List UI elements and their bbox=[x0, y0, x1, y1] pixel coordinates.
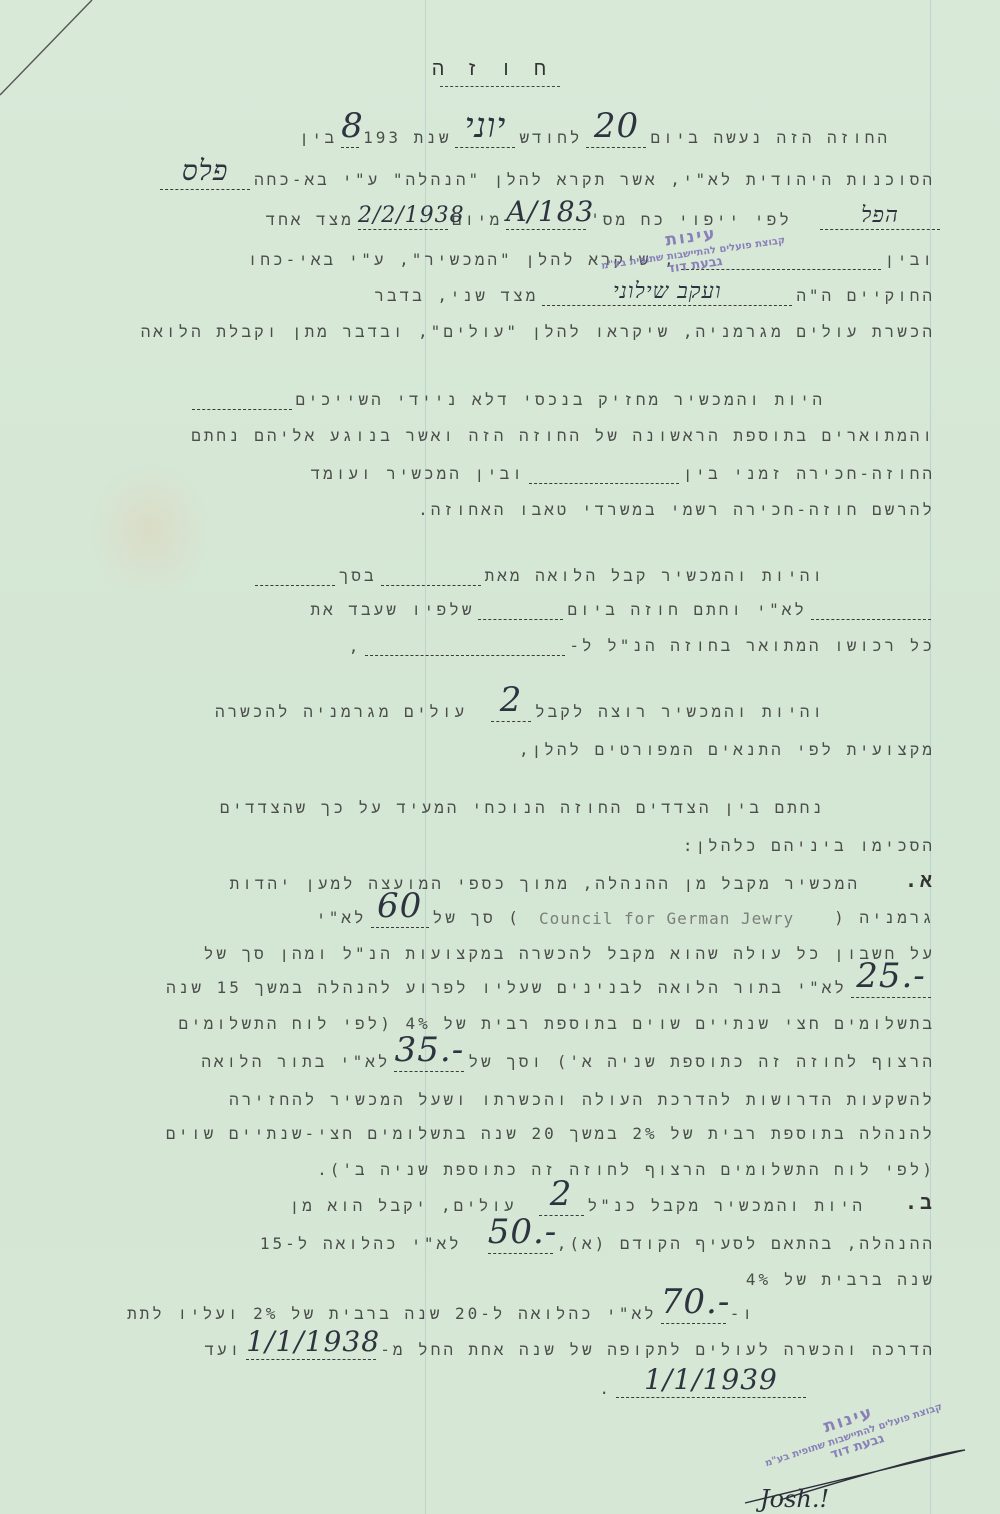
clause-a-line-7: להשקעות הדרושות להדרכת העולה והכשרתו ושע… bbox=[60, 1080, 935, 1110]
council-name-english: Council for German Jewry bbox=[539, 909, 794, 928]
document-title: חוזה bbox=[0, 56, 1000, 82]
clause-b-line-5: הדרכה והכשרה לעולים לתקופה של שנה אחת הח… bbox=[60, 1330, 935, 1360]
clause-b-line-3: שנה ברבית של 4% bbox=[60, 1260, 935, 1290]
amount-total-field: 60 bbox=[371, 907, 429, 928]
olim-count-field: 2 bbox=[491, 701, 531, 722]
clause-a-line-1: א. המכשיר מקבל מן ההנהלה, מתוך כספי המוע… bbox=[60, 864, 935, 894]
month-field: יוני bbox=[455, 127, 515, 148]
amount-buildings-field: 25.- bbox=[851, 977, 931, 998]
header-line-5: החוקיים ה"ה ועקב שילוני מצד שני, בדבר bbox=[60, 276, 935, 306]
lender-field bbox=[381, 565, 481, 586]
clause-a-line-4: 25.- לא"י בתור הלואה לבנינים שעליו לפרוע… bbox=[60, 968, 935, 998]
end-date-field: 1/1/1939 bbox=[616, 1377, 806, 1398]
whereas1-line-4: להרשם חוזה-חכירה רשמי במשרדי טאבו האחוזה… bbox=[60, 490, 935, 520]
whereas1-line-2: והמתוארים בתוספת הראשונה של החוזה הזה וא… bbox=[60, 416, 935, 446]
header-line-6: הכשרת עולים מגרמניה, שיקראו להלן "עולים"… bbox=[60, 312, 935, 342]
contract-page: חוזה החוזה הזה נעשה ביום 20 לחודש יוני ש… bbox=[0, 0, 1000, 1514]
clause-b-letter: ב. bbox=[905, 1190, 935, 1216]
amount-15yr-field: 50.- bbox=[488, 1233, 553, 1254]
whereas1-line-1: היות והמכשיר מחזיק בנכסי דלא ניידי השייכ… bbox=[60, 380, 825, 410]
signature: Josh.! bbox=[760, 1485, 829, 1513]
header-line-4: ובין , שיקרא להלן "המכשיר", ע"י באי-כחו bbox=[60, 240, 935, 270]
poa-number-field: A/183 bbox=[506, 209, 586, 230]
header-line-2: הסוכנות היהודית לא"י, אשר תקרא להלן "הנה… bbox=[60, 160, 935, 190]
lien-field bbox=[365, 635, 565, 656]
clause-a-line-6: הרצוף לחוזה זה כתוספת שניה א') וסך של 35… bbox=[60, 1042, 935, 1072]
owner-field bbox=[192, 389, 292, 410]
clause-b-line-4: ו- 70.- לא"י כהלואה ל-20 שנה ברבית של 2%… bbox=[60, 1294, 755, 1324]
loan-amount-field bbox=[255, 565, 335, 586]
agreement-line-2: הסכימו ביניהם כלהלן: bbox=[60, 826, 935, 856]
header-line-1: החוזה הזה נעשה ביום 20 לחודש יוני שנת 19… bbox=[60, 118, 890, 148]
clause-a-letter: א. bbox=[905, 868, 935, 894]
title-underline bbox=[440, 86, 560, 87]
whereas2-line-2: לא"י וחתם חוזה ביום שלפיו שעבד את bbox=[60, 590, 935, 620]
clause-a-line-3: על חשבון כל עולה שהוא מקבל להכשרה במקצוע… bbox=[60, 934, 935, 964]
clause-b-line-6: 1/1/1939 . bbox=[60, 1368, 810, 1398]
loan-field-2 bbox=[811, 599, 931, 620]
amount-training-field: 35.- bbox=[394, 1051, 464, 1072]
lessor-field bbox=[529, 463, 679, 484]
clause-a-line-9: (לפי לוח התשלומים הרצוף לחוזה זה כתוספת … bbox=[60, 1150, 935, 1180]
amount-20yr-field: 70.- bbox=[661, 1303, 726, 1324]
clause-a-line-2: גרמניה ( Council for German Jewry ) סך ש… bbox=[60, 898, 935, 928]
agreement-line-1: נחתם בין הצדדים החוזה הנוכחי המעיד על כך… bbox=[60, 788, 825, 818]
whereas2-line-3: כל רכושו המתואר בחוזה הנ"ל ל- , bbox=[60, 626, 935, 656]
poa-date-field: 2/2/1938 bbox=[358, 209, 448, 230]
day-field: 20 bbox=[586, 127, 646, 148]
whereas1-line-3: החוזה-חכירה זמני בין ובין המכשיר ועומד bbox=[60, 454, 935, 484]
whereas3-line-2: מקצועית לפי התנאים המפורטים להלן, bbox=[60, 730, 935, 760]
representatives-field: ועקב שילוני bbox=[542, 285, 792, 306]
agent-name-field: הפל bbox=[820, 209, 940, 230]
clause-a-line-8: להנהלה בתוספת רבית של 2% במשך 20 שנה בתש… bbox=[60, 1114, 935, 1144]
clause-b-line-2: ההנהלה, בהתאם לסעיף הקודם (א), 50.- לא"י… bbox=[60, 1224, 935, 1254]
agent-field: פלס bbox=[160, 169, 250, 190]
contract-date-field bbox=[478, 599, 563, 620]
whereas2-line-1: והיות והמכשיר קבל הלואה מאת בסך bbox=[60, 556, 825, 586]
whereas3-line-1: והיות והמכשיר רוצה לקבל 2 עולים מגרמניה … bbox=[60, 692, 825, 722]
year-field: 8 bbox=[341, 127, 359, 148]
start-date-field: 1/1/1938 bbox=[246, 1339, 376, 1360]
clause-a-line-5: בתשלומים חצי שנתיים שוים בתוספת רבית של … bbox=[60, 1004, 935, 1034]
